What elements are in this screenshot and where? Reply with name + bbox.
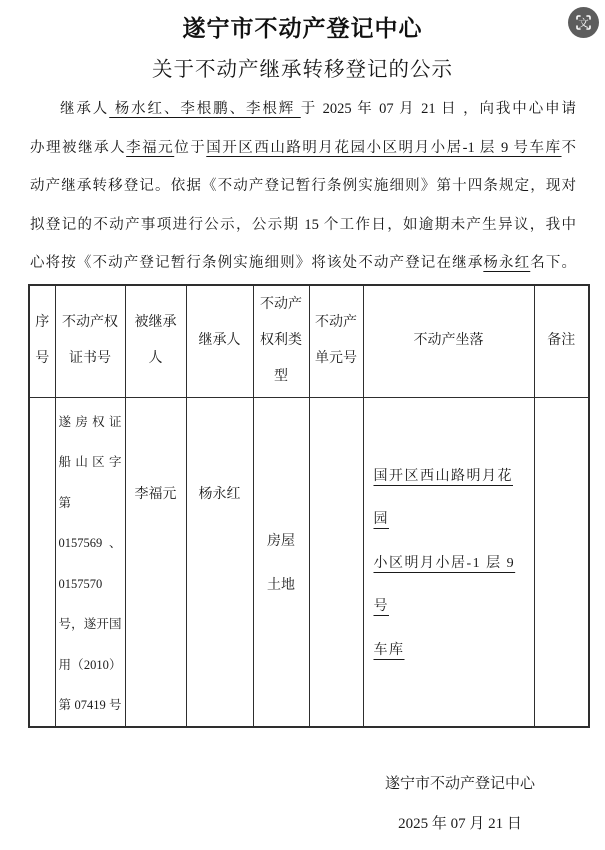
paragraph-line: 拟登记的不动产事项进行公示，公示期 15 个工作日，如逾期未产生异议，我中 (30, 206, 576, 245)
paragraph-line: 办理被继承人李福元位于国开区西山路明月花园小区明月小居-1 层 9 号车库不 (30, 129, 576, 168)
signature-org: 遂宁市不动产登记中心 (330, 764, 590, 804)
header-unit-no: 不动产单元号 (309, 285, 363, 397)
paragraph-line: 动产继承转移登记。依据《不动产登记暂行条例实施细则》第十四条规定，现对 (30, 167, 576, 206)
header-right-type: 不动产权利类型 (253, 285, 309, 397)
table-data-row: 遂房权证船山区字第0157569、0157570号，遂开国用（2010）第 07… (29, 397, 589, 727)
header-location: 不动产坐落 (363, 285, 534, 397)
header-heir: 继承人 (186, 285, 253, 397)
cell-remark (534, 397, 589, 727)
notice-paragraph: 继承人 杨水红、李根鹏、李根辉 于 2025 年 07 月 21 日 ，向我中心… (30, 90, 576, 283)
cell-unit-no (309, 397, 363, 727)
table-header-row: 序号 不动产权证书号 被继承人 继承人 不动产权利类型 不动产单元号 不动产坐落… (29, 285, 589, 397)
cell-location: 国开区西山路明月花园小区明月小居-1 层 9 号车库 (363, 397, 534, 727)
signature-block: 遂宁市不动产登记中心 2025 年 07 月 21 日 (330, 764, 590, 844)
header-decedent: 被继承人 (125, 285, 186, 397)
cell-serial (29, 397, 55, 727)
paragraph-line: 心将按《不动产登记暂行条例实施细则》将该处不动产登记在继承杨永红名下。 (30, 244, 576, 283)
cell-right-type: 房屋土地 (253, 397, 309, 727)
cell-decedent: 李福元 (125, 397, 186, 727)
header-remark: 备注 (534, 285, 589, 397)
cell-cert-no: 遂房权证船山区字第0157569、0157570号，遂开国用（2010）第 07… (55, 397, 125, 727)
cell-heir: 杨永红 (186, 397, 253, 727)
registration-table: 序号 不动产权证书号 被继承人 继承人 不动产权利类型 不动产单元号 不动产坐落… (28, 284, 590, 728)
page-subtitle: 关于不动产继承转移登记的公示 (0, 52, 605, 82)
page-title: 遂宁市不动产登记中心 (0, 10, 605, 43)
document-page: 文 遂宁市不动产登记中心 关于不动产继承转移登记的公示 继承人 杨水红、李根鹏、… (0, 0, 605, 850)
header-cert-no: 不动产权证书号 (55, 285, 125, 397)
header-serial: 序号 (29, 285, 55, 397)
paragraph-line: 继承人 杨水红、李根鹏、李根辉 于 2025 年 07 月 21 日 ，向我中心… (30, 90, 576, 129)
signature-date: 2025 年 07 月 21 日 (330, 804, 590, 844)
